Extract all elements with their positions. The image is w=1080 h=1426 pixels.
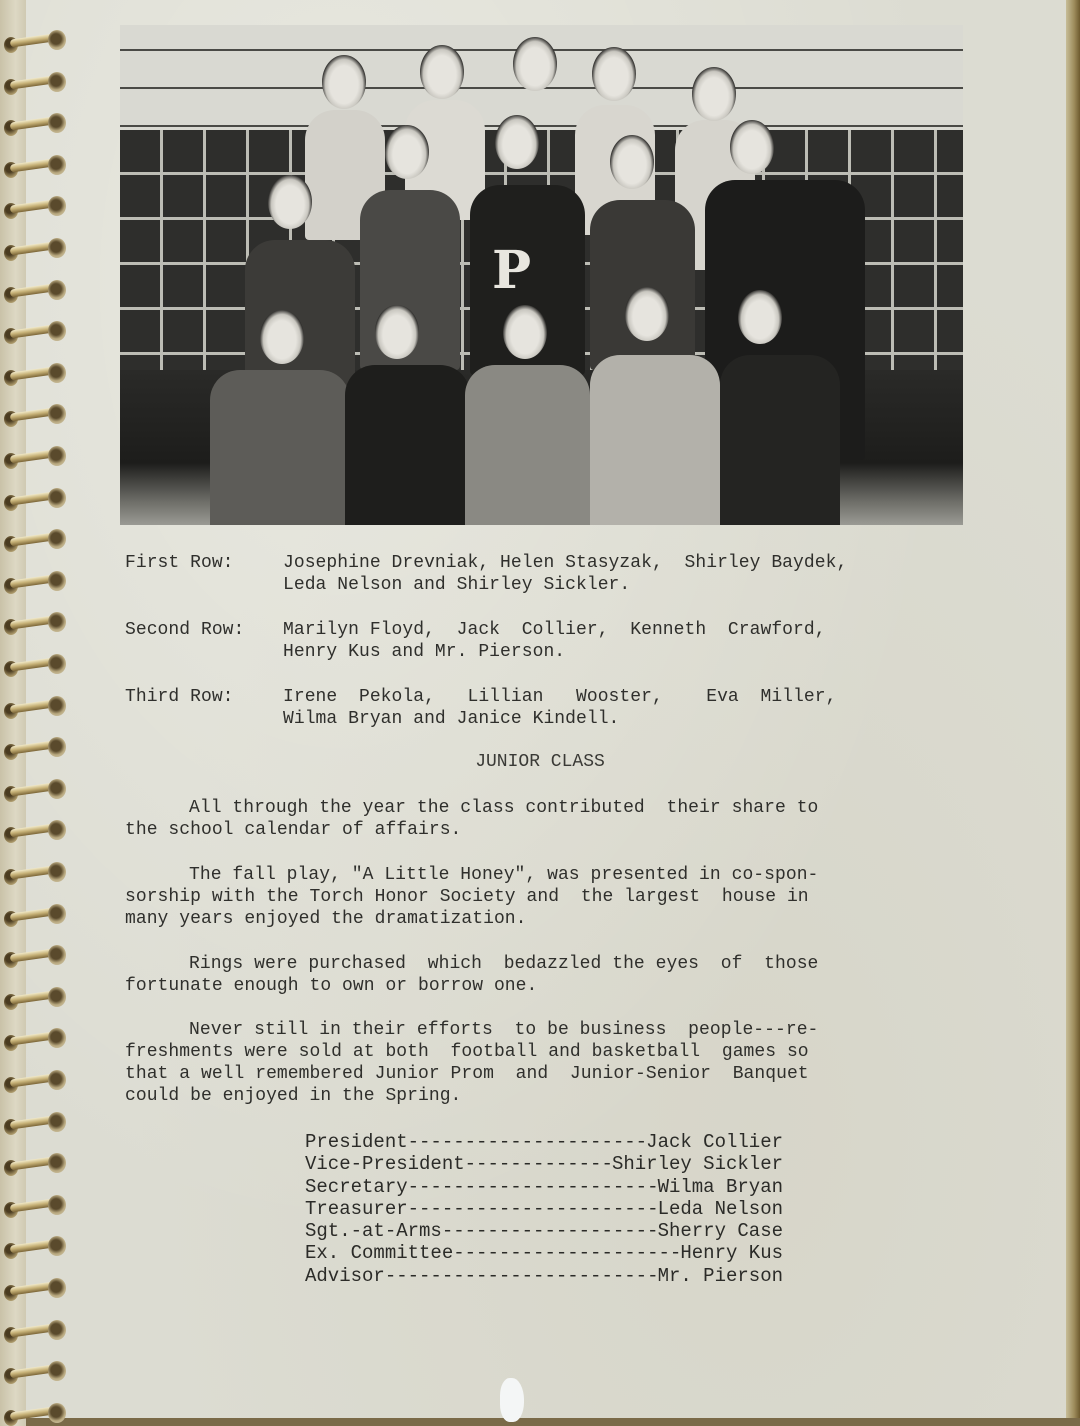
page-stack-edge: [1066, 0, 1080, 1426]
binding-coil-icon: [4, 614, 66, 634]
person-front-3: [465, 365, 590, 525]
binding-coil-icon: [4, 989, 66, 1009]
paragraph-2-line-2: sorship with the Torch Honor Society and…: [125, 886, 809, 908]
person-mid-1: [245, 240, 355, 390]
person-front-1: [210, 370, 350, 525]
caption-third-row-line2: Wilma Bryan and Janice Kindell.: [283, 708, 619, 730]
binding-coil-icon: [4, 1363, 66, 1383]
officer-name: Wilma Bryan: [658, 1176, 783, 1198]
binding-coil-icon: [4, 531, 66, 551]
officer-row: SecretaryWilma Bryan: [305, 1176, 783, 1198]
binding-coil-icon: [4, 1197, 66, 1217]
binding-coil-icon: [4, 1405, 66, 1425]
binding-coil-icon: [4, 74, 66, 94]
paragraph-1-line-1: All through the year the class contribut…: [189, 797, 818, 819]
face: [610, 135, 654, 189]
officer-name: Henry Kus: [680, 1242, 783, 1264]
officer-title: Ex. Committee: [305, 1242, 453, 1264]
officer-name: Shirley Sickler: [612, 1153, 783, 1175]
leader-dashes: [408, 1131, 647, 1153]
binding-coil-icon: [4, 198, 66, 218]
paragraph-2-line-3: many years enjoyed the dramatization.: [125, 908, 527, 930]
paragraph-4-line-1: Never still in their efforts to be busin…: [189, 1019, 818, 1041]
face: [495, 115, 539, 169]
spiral-binding: [0, 0, 70, 1426]
face: [420, 45, 464, 99]
paragraph-4-line-3: that a well remembered Junior Prom and J…: [125, 1063, 809, 1085]
binding-coil-icon: [4, 365, 66, 385]
caption-first-row-line2: Leda Nelson and Shirley Sickler.: [283, 574, 630, 596]
binding-coil-icon: [4, 1322, 66, 1342]
officer-row: Vice-PresidentShirley Sickler: [305, 1153, 783, 1175]
face: [592, 47, 636, 101]
binding-coil-icon: [4, 1155, 66, 1175]
caption-second-row-label: Second Row:: [125, 619, 244, 641]
binding-coil-icon: [4, 406, 66, 426]
face: [385, 125, 429, 179]
person-front-5: [720, 355, 840, 525]
face: [738, 290, 782, 344]
face: [260, 310, 304, 364]
binding-coil-icon: [4, 656, 66, 676]
caption-first-row-label: First Row:: [125, 552, 234, 574]
binding-coil-icon: [4, 1114, 66, 1134]
paragraph-3-line-1: Rings were purchased which bedazzled the…: [189, 953, 818, 975]
binding-coil-icon: [4, 1072, 66, 1092]
person-front-2: [345, 365, 470, 525]
leader-dashes: [465, 1153, 612, 1175]
officer-title: President: [305, 1131, 408, 1153]
officer-row: Sgt.-at-ArmsSherry Case: [305, 1220, 783, 1242]
binding-coil-icon: [4, 157, 66, 177]
person-mid-4: [590, 200, 695, 370]
officer-name: Sherry Case: [658, 1220, 783, 1242]
leader-dashes: [385, 1265, 658, 1287]
face: [625, 287, 669, 341]
officer-row: PresidentJack Collier: [305, 1131, 783, 1153]
binding-coil-icon: [4, 323, 66, 343]
page-bottom-edge: [26, 1418, 1080, 1426]
caption-first-row-line1: Josephine Drevniak, Helen Stasyzak, Shir…: [283, 552, 847, 574]
class-photo: P: [120, 25, 963, 525]
face: [730, 120, 774, 174]
binding-coil-icon: [4, 947, 66, 967]
person-front-4: [590, 355, 720, 525]
binding-coil-icon: [4, 282, 66, 302]
binding-coil-icon: [4, 490, 66, 510]
section-heading: JUNIOR CLASS: [0, 752, 1080, 772]
leader-dashes: [408, 1176, 658, 1198]
caption-third-row-line1: Irene Pekola, Lillian Wooster, Eva Mille…: [283, 686, 836, 708]
face: [322, 55, 366, 109]
caption-second-row-line2: Henry Kus and Mr. Pierson.: [283, 641, 565, 663]
binding-coil-icon: [4, 573, 66, 593]
binding-coil-icon: [4, 822, 66, 842]
officer-row: Ex. CommitteeHenry Kus: [305, 1242, 783, 1264]
paragraph-4-line-4: could be enjoyed in the Spring.: [125, 1085, 461, 1107]
officer-name: Jack Collier: [646, 1131, 783, 1153]
officer-title: Secretary: [305, 1176, 408, 1198]
binding-coil-icon: [4, 906, 66, 926]
binding-coil-icon: [4, 864, 66, 884]
caption-third-row-label: Third Row:: [125, 686, 234, 708]
binding-coil-icon: [4, 781, 66, 801]
officer-title: Sgt.-at-Arms: [305, 1220, 442, 1242]
binding-coil-icon: [4, 698, 66, 718]
face: [513, 37, 557, 91]
face: [375, 305, 419, 359]
officer-row: AdvisorMr. Pierson: [305, 1265, 783, 1287]
paragraph-2-line-1: The fall play, "A Little Honey", was pre…: [189, 864, 818, 886]
binding-coil-icon: [4, 1238, 66, 1258]
paper-damage-spot: [500, 1378, 524, 1422]
binding-coil-icon: [4, 448, 66, 468]
officers-list: PresidentJack Collier Vice-PresidentShir…: [305, 1131, 783, 1287]
officer-title: Treasurer: [305, 1198, 408, 1220]
officer-name: Mr. Pierson: [658, 1265, 783, 1287]
caption-second-row-line1: Marilyn Floyd, Jack Collier, Kenneth Cra…: [283, 619, 826, 641]
paragraph-3-line-2: fortunate enough to own or borrow one.: [125, 975, 537, 997]
binding-coil-icon: [4, 32, 66, 52]
officer-title: Vice-President: [305, 1153, 465, 1175]
officer-title: Advisor: [305, 1265, 385, 1287]
officer-name: Leda Nelson: [658, 1198, 783, 1220]
leader-dashes: [453, 1242, 680, 1264]
leader-dashes: [442, 1220, 658, 1242]
face: [503, 305, 547, 359]
paragraph-4-line-2: freshments were sold at both football an…: [125, 1041, 809, 1063]
binding-coil-icon: [4, 240, 66, 260]
officer-row: TreasurerLeda Nelson: [305, 1198, 783, 1220]
binding-coil-icon: [4, 1280, 66, 1300]
binding-coil-icon: [4, 1030, 66, 1050]
paragraph-1-line-2: the school calendar of affairs.: [125, 819, 461, 841]
face: [692, 67, 736, 121]
letter-p: P: [492, 240, 531, 301]
leader-dashes: [408, 1198, 658, 1220]
face: [268, 175, 312, 229]
binding-coil-icon: [4, 115, 66, 135]
